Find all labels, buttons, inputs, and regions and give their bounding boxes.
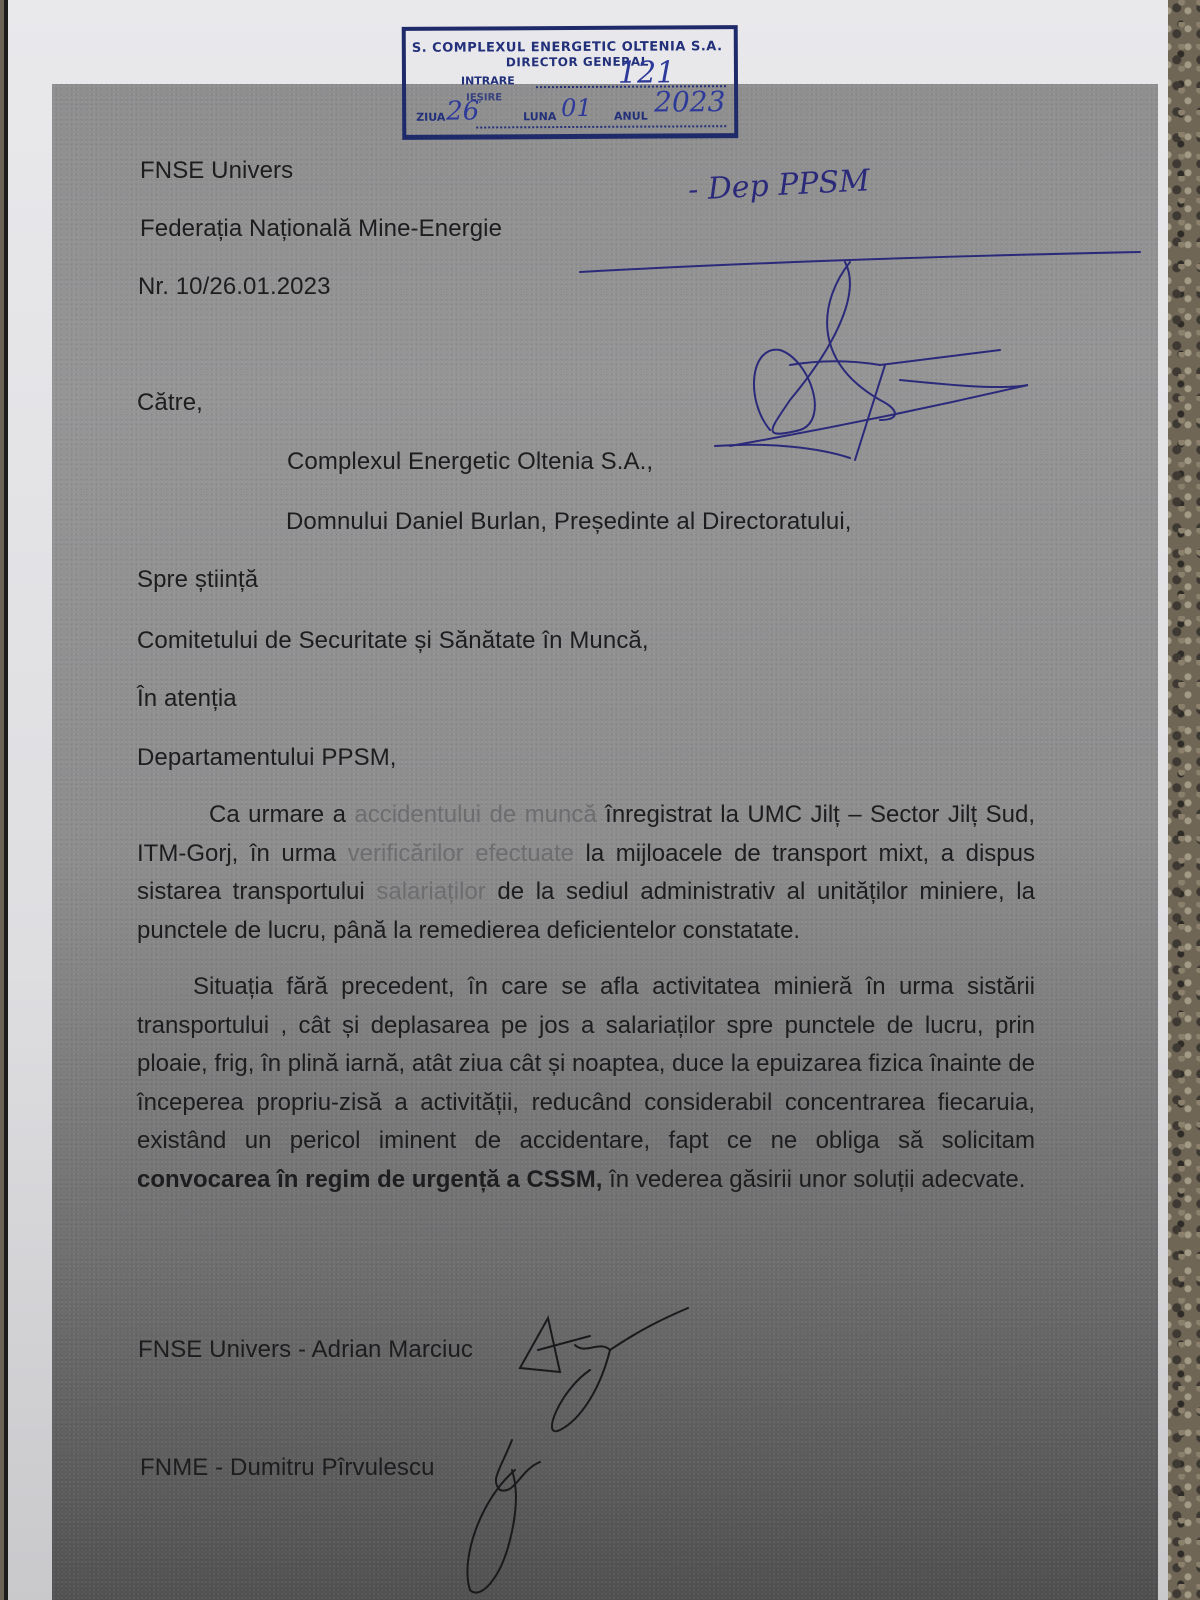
attention-department: Departamentului PPSM, — [137, 744, 397, 772]
stamp-company: S. COMPLEXUL ENERGETIC OLTENIA S.A. — [412, 39, 723, 56]
stamp-month-label: LUNA — [523, 110, 556, 123]
stamp-month: 01 — [561, 94, 592, 122]
reference-number: Nr. 10/26.01.2023 — [138, 273, 331, 301]
recipient-person: Domnului Daniel Burlan, Președinte al Di… — [286, 508, 852, 536]
urgent-request: convocarea în regim de urgență a CSSM, — [137, 1166, 602, 1193]
body-paragraph-1: Ca urmare a accidentului de muncă înregi… — [137, 796, 1035, 950]
stamp-dotted-line — [476, 125, 726, 128]
stamp-day: 26 — [446, 96, 479, 126]
registration-stamp: S. COMPLEXUL ENERGETIC OLTENIA S.A. DIRE… — [402, 25, 739, 140]
to-label: Către, — [137, 389, 203, 417]
stamp-entry-label: INTRARE — [461, 74, 515, 87]
cc-label: Spre știință — [137, 566, 258, 594]
signatory-2: FNME - Dumitru Pîrvulescu — [140, 1454, 435, 1482]
stamp-year-label: ANUL — [614, 110, 648, 123]
body-paragraph-2: Situația fără precedent, în care se afla… — [137, 968, 1035, 1199]
cc-committee: Comitetului de Securitate și Sănătate în… — [137, 627, 649, 655]
signatory-1: FNSE Univers - Adrian Marciuc — [138, 1336, 473, 1364]
attention-label: În atenția — [137, 685, 237, 713]
sender-federation: Federația Națională Mine-Energie — [140, 215, 502, 243]
stamp-day-label: ZIUA — [416, 111, 445, 124]
recipient-company: Complexul Energetic Oltenia S.A., — [287, 448, 653, 476]
sender-name: FNSE Univers — [140, 157, 293, 185]
stamp-year: 2023 — [654, 85, 725, 118]
